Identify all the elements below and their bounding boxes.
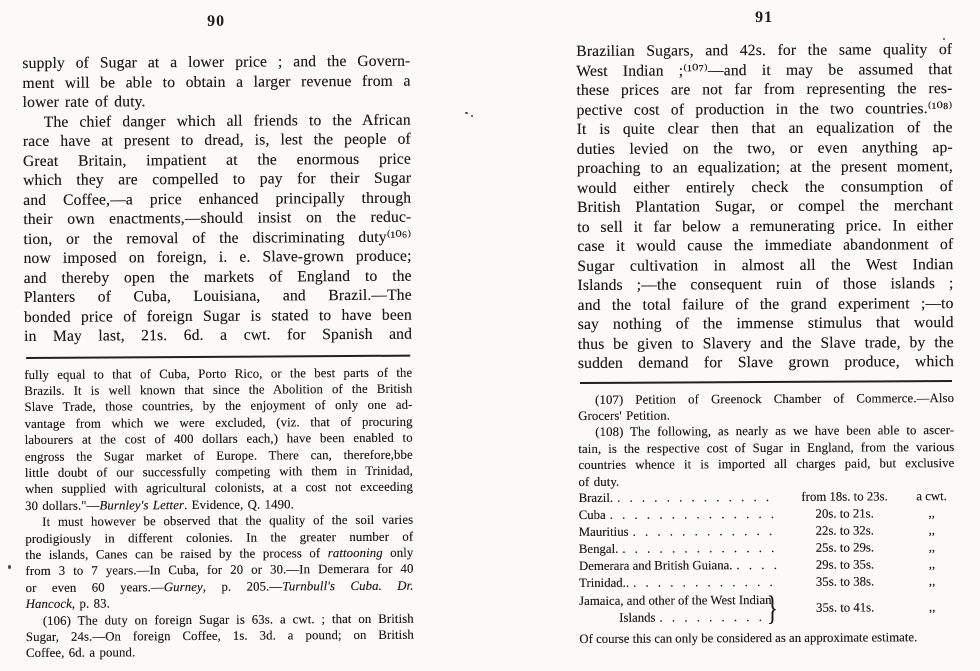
- table-closing-note: Of course this can only be considered as…: [579, 629, 955, 647]
- row-label: Demerara and British Guiana.: [579, 557, 733, 575]
- text-line: would either entirely check the consumpt…: [577, 177, 953, 198]
- text-line: race have at present to dread, is, lest …: [23, 130, 411, 152]
- row-label: Mauritius: [579, 524, 629, 541]
- paragraph: It must however be observed that the qua…: [25, 512, 414, 613]
- row-label: Trinidad..: [579, 575, 629, 592]
- dot-leader: . . . . . . . . . . . . . . . . . . . . …: [622, 540, 777, 558]
- row-unit: ,,: [909, 556, 955, 573]
- text-line: their own enactments,—should insist on t…: [23, 208, 411, 230]
- text-line: (108) The following, as nearly as we hav…: [578, 422, 954, 440]
- text-line: lower rate of duty.: [23, 91, 411, 113]
- text-line: The chief danger which all friends to th…: [23, 110, 411, 132]
- text-line: to sell it far below a remunerating pric…: [577, 216, 953, 237]
- left-page-content: 90 supply of Sugar at a lower price ; an…: [22, 0, 414, 662]
- dot-leader: . . . . . . . . . . . . . . . . . . . . …: [610, 506, 777, 524]
- text-line: tion, or the removal of the discriminati…: [23, 227, 411, 249]
- dot-leader: . . . . . . . . . . . . . . . . . . . . …: [633, 574, 777, 592]
- row-label: Jamaica, and other of the West Indian: [579, 592, 765, 610]
- text-line: labourers at the cost of 400 dollars eac…: [25, 430, 413, 449]
- text-line: now imposed on foreign, i. e. Slave-grow…: [24, 247, 412, 269]
- row-price-range: 22s. to 32s.: [781, 522, 909, 540]
- text-line: tain, is the respective cost of Sugar in…: [578, 439, 954, 457]
- text-line: (107) Petition of Greenock Chamber of Co…: [578, 390, 954, 408]
- row-price-range: 35s. to 38s.: [781, 573, 909, 591]
- paragraph: Brazilian Sugars, and 42s. for the same …: [576, 40, 954, 373]
- dot-leader: . . . . . . . . . . . . . . . . . . . . …: [633, 523, 777, 541]
- text-line: ment will be able to obtain a larger rev…: [22, 71, 410, 93]
- footnote-separator-left: [26, 354, 410, 358]
- left-footnotes: fully equal to that of Cuba, Porto Rico,…: [24, 364, 414, 662]
- row-price-range: from 18s. to 23s.: [781, 488, 909, 506]
- text-line: thus be given to Slavery and the Slave t…: [578, 333, 954, 354]
- scan-speck: [471, 115, 473, 117]
- paragraph: (107) Petition of Greenock Chamber of Co…: [578, 390, 954, 425]
- text-line: in May last, 21s. 6d. a cwt. for Spanish…: [24, 325, 412, 347]
- cost-table-row: Bengal.. . . . . . . . . . . . . . . . .…: [579, 539, 955, 558]
- row-label: Cuba: [579, 507, 606, 524]
- text-line: British Plantation Sugar, or compel the …: [577, 196, 953, 217]
- text-line: or even 60 years.—Gurney, p. 205.—Turnbu…: [26, 577, 414, 596]
- cost-table-row: Cuba. . . . . . . . . . . . . . . . . . …: [579, 505, 955, 524]
- row-unit: ,,: [909, 522, 955, 539]
- book-spread: 90 supply of Sugar at a lower price ; an…: [0, 0, 980, 671]
- text-line: bonded price of foreign Sugar is stated …: [24, 305, 412, 327]
- right-brace: }: [766, 592, 777, 627]
- text-line: Sugar cultivation in almost all the West…: [577, 255, 953, 276]
- row-label: Bengal.: [579, 541, 619, 558]
- text-line: these prices are not far from representi…: [576, 79, 952, 100]
- text-line: sudden demand for Slave grown produce, w…: [578, 352, 954, 373]
- right-footnotes: (107) Petition of Greenock Chamber of Co…: [578, 390, 955, 490]
- text-line: Sugar, 24s.—On foreign Coffee, 1s. 3d. a…: [26, 627, 414, 646]
- cost-table-row: Mauritius. . . . . . . . . . . . . . . .…: [579, 522, 955, 541]
- paragraph: (108) The following, as nearly as we hav…: [578, 422, 954, 490]
- left-main-text: supply of Sugar at a lower price ; and t…: [22, 52, 412, 347]
- right-page-content: 91 Brazilian Sugars, and 42s. for the sa…: [576, 0, 955, 647]
- row-unit: ,,: [909, 539, 955, 556]
- text-line: of duty.: [578, 472, 954, 490]
- paragraph: supply of Sugar at a lower price ; and t…: [22, 52, 410, 113]
- paragraph: fully equal to that of Cuba, Porto Rico,…: [24, 364, 413, 514]
- dot-leader: . . . . . . . . . . . . . . . . . . . . …: [659, 609, 760, 627]
- row-price-range: 35s. to 41s.: [781, 600, 909, 618]
- cost-table-row: Brazil.. . . . . . . . . . . . . . . . .…: [579, 488, 955, 507]
- right-page: 91 Brazilian Sugars, and 42s. for the sa…: [490, 0, 980, 671]
- text-line: and thereby open the markets of England …: [24, 266, 412, 288]
- text-line: supply of Sugar at a lower price ; and t…: [22, 52, 410, 74]
- row-label: Brazil.: [579, 490, 614, 507]
- row-label-second-line: Islands: [579, 610, 655, 627]
- dot-leader: . . . . . . . . . . . . . . . . . . . . …: [617, 489, 777, 507]
- text-line: Planters of Cuba, Louisiana, and Brazil.…: [24, 286, 412, 308]
- text-line: which they are compelled to pay for thei…: [23, 169, 411, 191]
- row-unit: ,,: [909, 573, 955, 590]
- row-price-range: 20s. to 21s.: [781, 505, 909, 523]
- text-line: Great Britain, impatient at the enormous…: [23, 149, 411, 171]
- page-number-right: 91: [576, 0, 952, 34]
- row-price-range: 29s. to 35s.: [781, 556, 909, 574]
- text-line: It must however be observed that the qua…: [25, 512, 413, 531]
- text-line: West Indian ;⁽¹⁰⁷⁾—and it may be assumed…: [576, 60, 952, 81]
- row-unit: ,,: [909, 505, 955, 522]
- text-line: and Coffee,—a price enhanced principally…: [23, 188, 411, 210]
- row-unit: ,,: [909, 599, 955, 616]
- sugar-cost-table: Brazil.. . . . . . . . . . . . . . . . .…: [579, 488, 956, 627]
- row-unit: a cwt.: [909, 488, 955, 505]
- page-number-left: 90: [22, 0, 410, 38]
- text-line: pective cost of production in the two co…: [577, 99, 953, 120]
- cost-table-row: Demerara and British Guiana.. . . . . . …: [579, 556, 955, 575]
- text-line: countries whence it is imported all char…: [578, 455, 954, 473]
- text-line: duties levied on the two, or even anythi…: [577, 138, 953, 159]
- footnote-separator-right: [580, 380, 952, 384]
- text-line: say nothing of the immense stimulus that…: [578, 313, 954, 334]
- cost-table-row: Jamaica, and other of the West IndianIsl…: [579, 591, 955, 627]
- paragraph: (106) The duty on foreign Sugar is 63s. …: [26, 610, 414, 662]
- left-page: 90 supply of Sugar at a lower price ; an…: [0, 0, 490, 671]
- text-line: Islands ;—the consequent ruin of those i…: [577, 274, 953, 295]
- paragraph: The chief danger which all friends to th…: [23, 110, 412, 346]
- text-line: Coffee, 6d. a pound.: [26, 643, 414, 662]
- text-line: It is quite clear then that an equalizat…: [577, 118, 953, 139]
- text-line: proaching to an equalization; at the pre…: [577, 157, 953, 178]
- text-line: case it would cause the immediate abando…: [577, 235, 953, 256]
- text-line: when supplied with agricultural colonist…: [25, 479, 413, 498]
- scan-speck: [465, 112, 468, 114]
- dot-leader: . . . . . . . . . . . . . . . . . . . . …: [736, 557, 777, 574]
- text-line: Brazilian Sugars, and 42s. for the same …: [576, 40, 952, 61]
- text-line: Slave Trade, those countries, by the enj…: [24, 397, 412, 416]
- text-line: and the total failure of the grand exper…: [578, 294, 954, 315]
- scan-speck: [943, 38, 945, 40]
- row-price-range: 25s. to 29s.: [781, 539, 909, 557]
- right-main-text: Brazilian Sugars, and 42s. for the same …: [576, 40, 954, 373]
- scan-speck: [8, 565, 11, 569]
- text-line: Grocers' Petition.: [578, 406, 954, 424]
